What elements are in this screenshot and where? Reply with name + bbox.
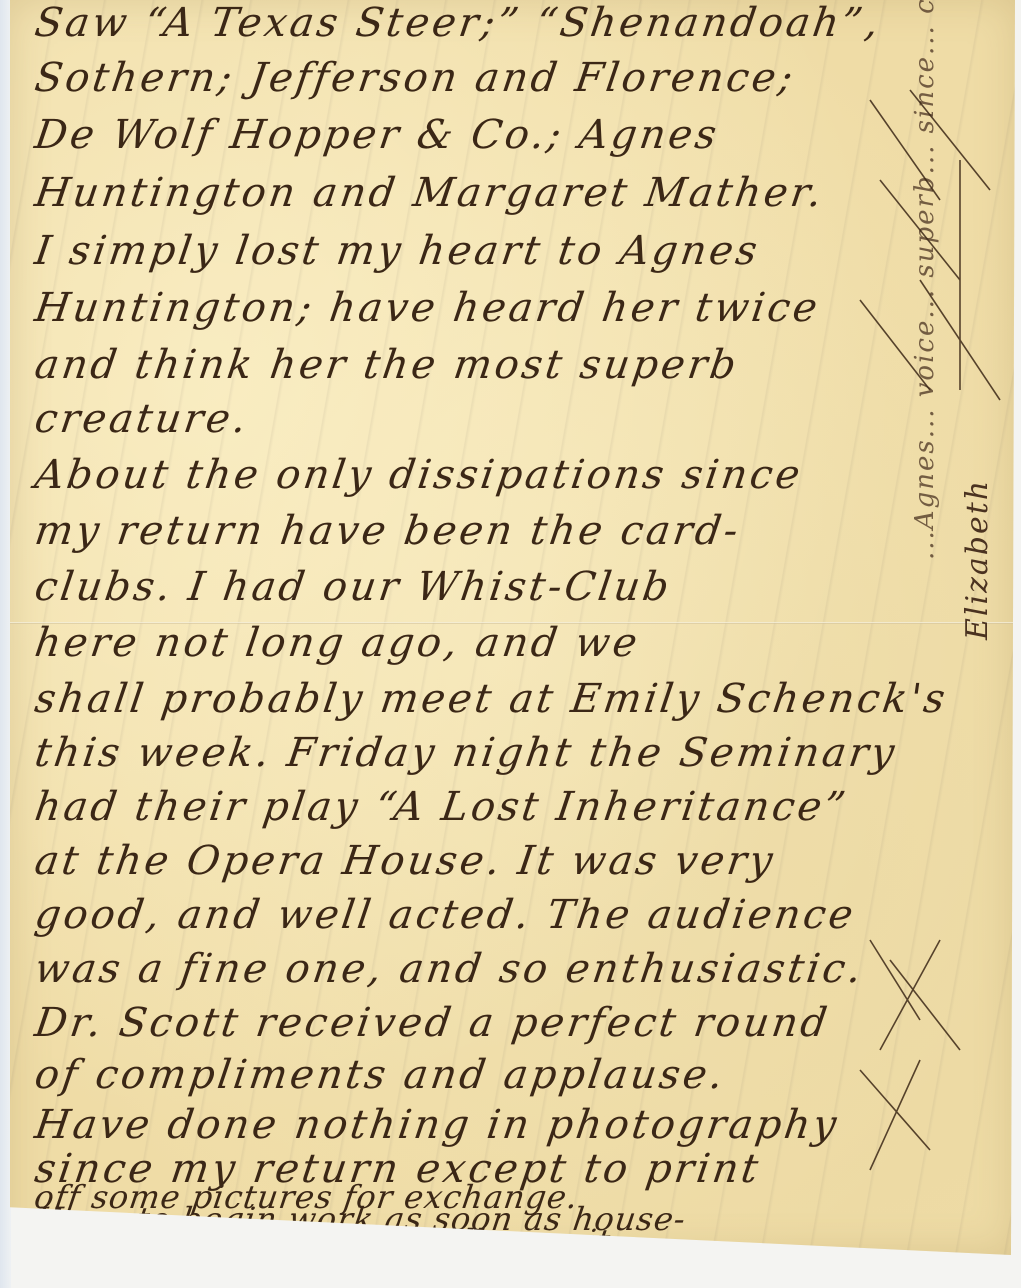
margin-signature: Elizabeth	[960, 479, 995, 640]
letter-line: clubs. I had our Whist-Club	[32, 564, 675, 610]
letter-line: With much love in which mother joins, an…	[32, 1244, 598, 1272]
letter-line: this week. Friday night the Seminary	[32, 730, 900, 776]
letter-line: at the Opera House. It was very	[32, 838, 778, 884]
letter-line: Saw “A Texas Steer;” “Shenandoah”,	[32, 0, 884, 46]
letter-line: creature.	[32, 396, 252, 442]
letter-line: About the only dissipations since	[32, 452, 806, 498]
letter-line: I simply lost my heart to Agnes	[32, 228, 763, 274]
letter-line: my return have been the card-	[32, 508, 744, 554]
margin-crosswriting: ...Agnes... voice... superb... since... …	[910, 0, 940, 560]
letter-paper: Saw “A Texas Steer;” “Shenandoah”, Sothe…	[10, 0, 1015, 1255]
scanner-edge	[0, 0, 11, 1288]
letter-line: of compliments and applause.	[32, 1052, 729, 1098]
letter-line: De Wolf Hopper & Co.; Agnes	[32, 112, 722, 158]
letter-line: Huntington and Margaret Mather.	[32, 170, 827, 216]
letter-line: cleaning and servants will permit.	[32, 1222, 624, 1260]
letter-line: Sothern; Jefferson and Florence;	[32, 55, 798, 101]
letter-line: Dr. Scott received a perfect round	[32, 1000, 833, 1046]
letter-line: and think her the most superb	[32, 342, 742, 388]
letter-line: Have done nothing in photography	[32, 1102, 842, 1148]
letter-scan: Saw “A Texas Steer;” “Shenandoah”, Sothe…	[0, 0, 1021, 1288]
letter-line: here not long ago, and we	[32, 620, 643, 666]
letter-line: was a fine one, and so enthusiastic.	[32, 946, 867, 992]
letter-line: had their play “A Lost Inheritance”	[32, 784, 851, 830]
letter-line: Huntington; have heard her twice	[32, 285, 823, 331]
letter-line: good, and well acted. The audience	[32, 892, 859, 938]
letter-line: shall probably meet at Emily Schenck's	[32, 676, 951, 722]
